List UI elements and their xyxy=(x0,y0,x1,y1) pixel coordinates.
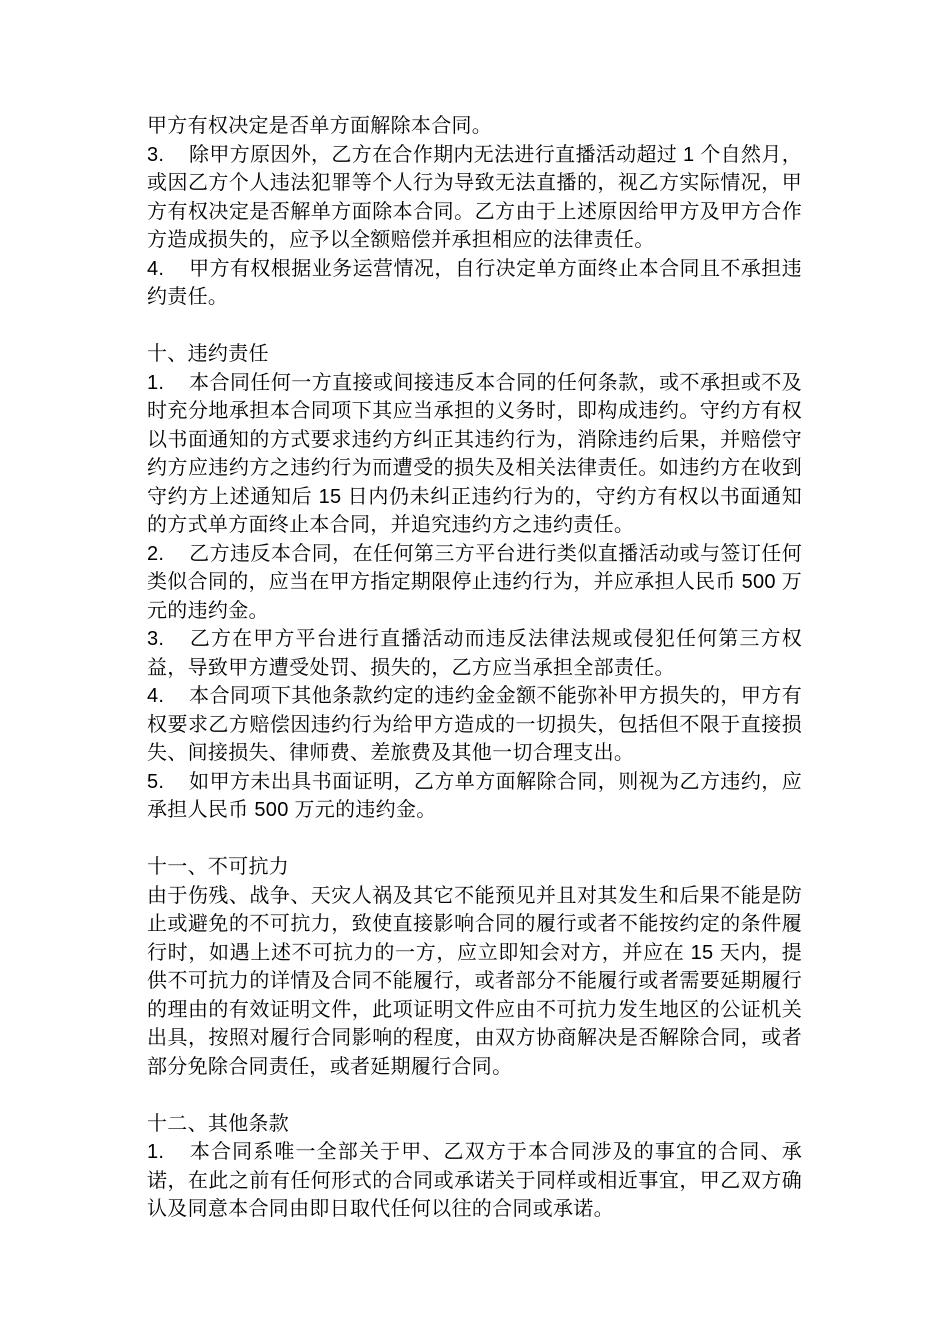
section-heading: 十二、其他条款 xyxy=(147,1110,802,1139)
document-body: 甲方有权决定是否单方面解除本合同。3.除甲方原因外，乙方在合作期内无法进行直播活… xyxy=(147,112,802,1224)
clause-text: 甲方有权根据业务运营情况，自行决定单方面终止本合同且不承担违约责任。 xyxy=(147,258,802,309)
contract-paragraph: 甲方有权决定是否单方面解除本合同。 xyxy=(147,112,802,141)
clause-list-item: 3.除甲方原因外，乙方在合作期内无法进行直播活动超过 1 个自然月，或因乙方个人… xyxy=(147,141,802,255)
clause-list-item: 5.如甲方未出具书面证明，乙方单方面解除合同，则视为乙方违约，应承担人民币 50… xyxy=(147,768,802,825)
clause-number: 3. xyxy=(147,141,189,170)
clause-number: 1. xyxy=(147,369,189,398)
clause-text: 乙方违反本合同，在任何第三方平台进行类似直播活动或与签订任何类似合同的，应当在甲… xyxy=(147,543,802,622)
clause-number: 1. xyxy=(147,1138,189,1167)
clause-number: 4. xyxy=(147,682,189,711)
clause-list-item: 1.本合同任何一方直接或间接违反本合同的任何条款，或不承担或不及时充分地承担本合… xyxy=(147,369,802,540)
clause-text: 如甲方未出具书面证明，乙方单方面解除合同，则视为乙方违约，应承担人民币 500 … xyxy=(147,771,802,822)
clause-list-item: 4.甲方有权根据业务运营情况，自行决定单方面终止本合同且不承担违约责任。 xyxy=(147,255,802,312)
clause-list-item: 2.乙方违反本合同，在任何第三方平台进行类似直播活动或与签订任何类似合同的，应当… xyxy=(147,540,802,626)
clause-list-item: 4.本合同项下其他条款约定的违约金金额不能弥补甲方损失的，甲方有权要求乙方赔偿因… xyxy=(147,682,802,768)
clause-text: 本合同系唯一全部关于甲、乙双方于本合同涉及的事宜的合同、承诺，在此之前有任何形式… xyxy=(147,1141,802,1220)
clause-number: 3. xyxy=(147,625,189,654)
contract-paragraph: 由于伤残、战争、天灾人祸及其它不能预见并且对其发生和后果不能是防止或避免的不可抗… xyxy=(147,882,802,1082)
clause-text: 除甲方原因外，乙方在合作期内无法进行直播活动超过 1 个自然月，或因乙方个人违法… xyxy=(147,144,802,252)
clause-number: 2. xyxy=(147,540,189,569)
section-heading: 十一、不可抗力 xyxy=(147,853,802,882)
document-page: 甲方有权决定是否单方面解除本合同。3.除甲方原因外，乙方在合作期内无法进行直播活… xyxy=(0,0,950,1344)
clause-list-item: 3.乙方在甲方平台进行直播活动而违反法律法规或侵犯任何第三方权益，导致甲方遭受处… xyxy=(147,625,802,682)
clause-text: 本合同任何一方直接或间接违反本合同的任何条款，或不承担或不及时充分地承担本合同项… xyxy=(147,372,802,537)
clause-number: 5. xyxy=(147,768,189,797)
clause-text: 本合同项下其他条款约定的违约金金额不能弥补甲方损失的，甲方有权要求乙方赔偿因违约… xyxy=(147,685,802,764)
clause-text: 乙方在甲方平台进行直播活动而违反法律法规或侵犯任何第三方权益，导致甲方遭受处罚、… xyxy=(147,628,802,679)
clause-number: 4. xyxy=(147,255,189,284)
section-heading: 十、违约责任 xyxy=(147,340,802,369)
clause-list-item: 1.本合同系唯一全部关于甲、乙双方于本合同涉及的事宜的合同、承诺，在此之前有任何… xyxy=(147,1138,802,1224)
